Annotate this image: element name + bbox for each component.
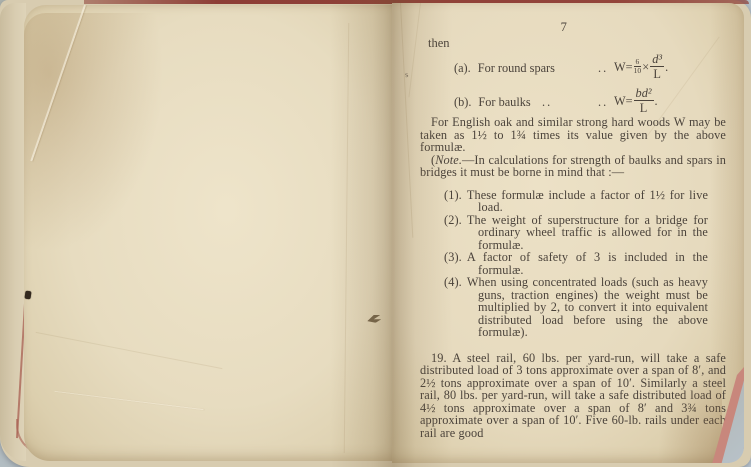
page-crease	[54, 391, 203, 411]
note-text: —In calculations for strength of baulks …	[420, 153, 726, 180]
fraction-six-tenths: 610	[634, 58, 642, 76]
formula-a-expression: W=610×d³L.	[614, 53, 668, 81]
list-item-text: These formulæ include a factor of 1½ for…	[467, 188, 708, 215]
page-number: 7	[532, 20, 596, 35]
leader-dots: ..	[598, 95, 608, 110]
formula-b-expression: W=bd²L.	[614, 87, 658, 115]
page-crease	[36, 332, 223, 370]
formula-a-label: (a).	[454, 61, 471, 75]
list-item: (3).A factor of safety of 3 is included …	[444, 251, 708, 276]
formula-a-item: (a).For round spars	[454, 61, 555, 76]
fraction-d3-L: d³L	[650, 53, 664, 81]
list-item: (1).These formulæ include a factor of 1½…	[444, 189, 708, 214]
formula-b-lhs: W=	[614, 94, 633, 108]
list-item-text: A factor of safety of 3 is included in t…	[467, 250, 708, 277]
multiply-sign: ×	[642, 60, 649, 74]
paragraph-note: (Note.—In calculations for strength of b…	[420, 154, 726, 179]
gutter-shadow	[330, 0, 452, 467]
leader-dots: ..	[542, 95, 552, 110]
formula-b-label: (b).	[454, 95, 471, 109]
ink-spot	[24, 291, 31, 300]
formula-a-period: .	[665, 60, 668, 74]
list-item-text: The weight of superstructure for a bridg…	[467, 213, 708, 252]
formula-b-item: (b).For baulks	[454, 95, 531, 110]
list-item: (2).The weight of superstructure for a b…	[444, 214, 708, 252]
formula-a-lhs: W=	[614, 60, 633, 74]
leader-dots: ..	[598, 61, 608, 76]
cover-left-edge	[0, 3, 26, 461]
note-list: (1).These formulæ include a factor of 1½…	[444, 189, 708, 339]
corner-curl-shadow	[652, 343, 722, 463]
fraction-bd2-L: bd²L	[634, 87, 654, 115]
list-item-text: When using concentrated loads (such as h…	[467, 275, 708, 339]
paper-stain	[24, 13, 164, 253]
scanned-book-spread: 7 then (a).For round spars .. W=610×d³L.…	[0, 0, 751, 467]
list-item: (4).When using concentrated loads (such …	[444, 276, 708, 339]
paragraph-oak: For English oak and similar strong hard …	[420, 116, 726, 154]
formula-b-period: .	[655, 94, 658, 108]
